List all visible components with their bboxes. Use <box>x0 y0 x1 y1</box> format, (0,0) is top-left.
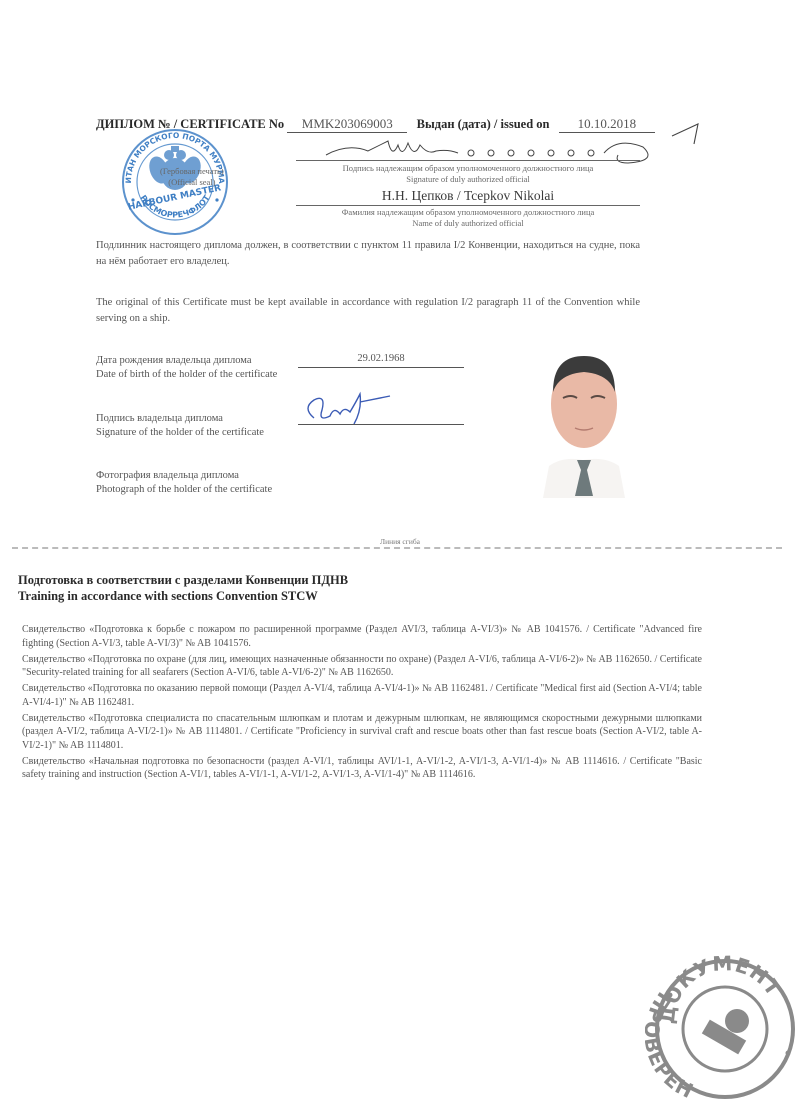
photo-label-en: Photograph of the holder of the certific… <box>96 483 272 497</box>
notice-en: The original of this Certificate must be… <box>96 295 640 327</box>
holder-signature-label-ru: Подпись владельца диплома <box>96 412 264 426</box>
training-certificate-item: Свидетельство «Подготовка по охране (для… <box>22 653 702 680</box>
official-signature-line <box>296 160 640 161</box>
certificate-number-value: MMK203069003 <box>287 116 407 133</box>
seal-label: (Гербовая печать) (Official seal) <box>160 166 224 188</box>
dob-line <box>298 367 464 368</box>
holder-photo <box>543 348 625 498</box>
training-title-ru: Подготовка в соответствии с разделами Ко… <box>18 572 348 588</box>
training-certificate-list: Свидетельство «Подготовка к борьбе с пож… <box>22 623 702 784</box>
certificate-header: ДИПЛОМ № / CERTIFICATE No MMK203069003 В… <box>96 116 655 133</box>
issued-on-value: 10.10.2018 <box>559 116 655 133</box>
dob-label: Дата рождения владельца диплома Date of … <box>96 354 277 382</box>
document-verified-stamp: ДОКУМЕНТ ПРОВЕРЕН <box>645 945 800 1100</box>
official-signature-caption-en: Signature of duly authorized official <box>296 174 640 185</box>
official-name-caption: Фамилия надлежащим образом уполномоченно… <box>296 207 640 229</box>
training-certificate-item: Свидетельство «Начальная подготовка по б… <box>22 755 702 782</box>
dob-label-en: Date of birth of the holder of the certi… <box>96 368 277 382</box>
holder-signature <box>300 388 400 433</box>
dob-label-ru: Дата рождения владельца диплома <box>96 354 277 368</box>
official-name-caption-ru: Фамилия надлежащим образом уполномоченно… <box>296 207 640 218</box>
seal-label-ru: (Гербовая печать) <box>160 166 224 177</box>
holder-signature-label-en: Signature of the holder of the certifica… <box>96 426 264 440</box>
official-name-caption-en: Name of duly authorized official <box>296 218 640 229</box>
photo-label: Фотография владельца диплома Photograph … <box>96 469 272 497</box>
official-signature-caption-ru: Подпись надлежащим образом уполномоченно… <box>296 163 640 174</box>
dob-value: 29.02.1968 <box>298 353 464 364</box>
training-certificate-item: Свидетельство «Подготовка специалиста по… <box>22 712 702 753</box>
certificate-number-label: ДИПЛОМ № / CERTIFICATE No <box>96 117 284 131</box>
notice-ru: Подлинник настоящего диплома должен, в с… <box>96 238 640 270</box>
training-certificate-item: Свидетельство «Подготовка к борьбе с пож… <box>22 623 702 650</box>
fold-line-label: Линия сгиба <box>0 537 800 546</box>
issued-on-label: Выдан (дата) / issued on <box>417 117 550 131</box>
pen-mark-icon <box>668 118 708 153</box>
holder-signature-line <box>298 424 464 425</box>
training-certificate-item: Свидетельство «Подготовка по оказанию пе… <box>22 682 702 709</box>
seal-label-en: (Official seal) <box>160 177 224 188</box>
official-name: Н.Н. Цепков / Tcepkov Nikolai <box>296 188 640 204</box>
official-signature-caption: Подпись надлежащим образом уполномоченно… <box>296 163 640 185</box>
fold-line <box>12 547 782 549</box>
training-title-en: Training in accordance with sections Con… <box>18 588 348 604</box>
holder-signature-label: Подпись владельца диплома Signature of t… <box>96 412 264 440</box>
official-name-line <box>296 205 640 206</box>
training-section-title: Подготовка в соответствии с разделами Ко… <box>18 572 348 604</box>
photo-label-ru: Фотография владельца диплома <box>96 469 272 483</box>
